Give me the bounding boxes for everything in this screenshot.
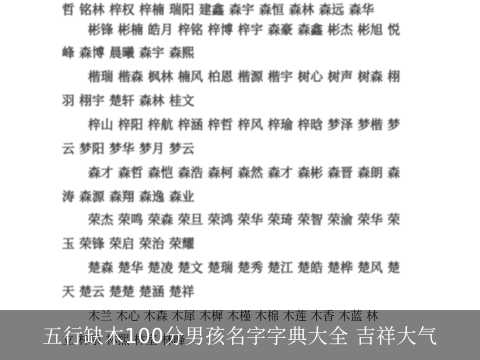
name-line: 彬锋 彬楠 皓月 梓铭 梓博 梓宇 森豪 森鑫 彬杰 彬旭 悦 — [88, 20, 400, 38]
name-line: 楚森 楚华 楚凌 楚文 楚瑞 楚秀 楚江 楚皓 楚桦 楚风 楚 — [88, 258, 400, 276]
name-line: 梓山 梓阳 梓航 梓涵 梓哲 梓风 梓瑜 梓晗 梦泽 梦楷 梦 — [88, 115, 400, 133]
name-line: 羽 栩宇 楚轩 森林 桂文 — [62, 91, 195, 109]
name-line: 云 梦阳 梦华 梦月 梦云 — [62, 139, 195, 157]
name-line: 森才 森哲 森恺 森浩 森柯 森然 森才 森彬 森晋 森朗 森 — [88, 163, 400, 181]
name-line: 峰 森博 晨曦 森宇 森熙 — [62, 43, 195, 61]
name-line: 楷瑞 楷森 枫林 楠风 柏恩 楷源 楷宇 树心 树声 树森 栩 — [88, 67, 400, 85]
name-line: 天 楚云 楚楚 楚涵 楚祥 — [62, 282, 195, 300]
banner-title: 五行缺木100分男孩名字字典大全 吉祥大气 — [0, 320, 480, 349]
name-line: 荣杰 荣鸣 荣森 荣旦 荣鸿 荣华 荣琦 荣智 荣渝 荣华 荣 — [88, 210, 400, 228]
name-line: 涛 森源 森翔 森逸 森业 — [62, 187, 195, 205]
name-line: 玉 荣锋 荣启 荣治 荣耀 — [62, 234, 195, 252]
name-line: 哲 铭林 梓权 梓楠 瑞阳 建鑫 森宇 森恒 森林 森远 森华 — [62, 0, 374, 18]
article-body: 哲 铭林 梓权 梓楠 瑞阳 建鑫 森宇 森恒 森林 森远 森华 彬锋 彬楠 皓月… — [0, 0, 480, 360]
